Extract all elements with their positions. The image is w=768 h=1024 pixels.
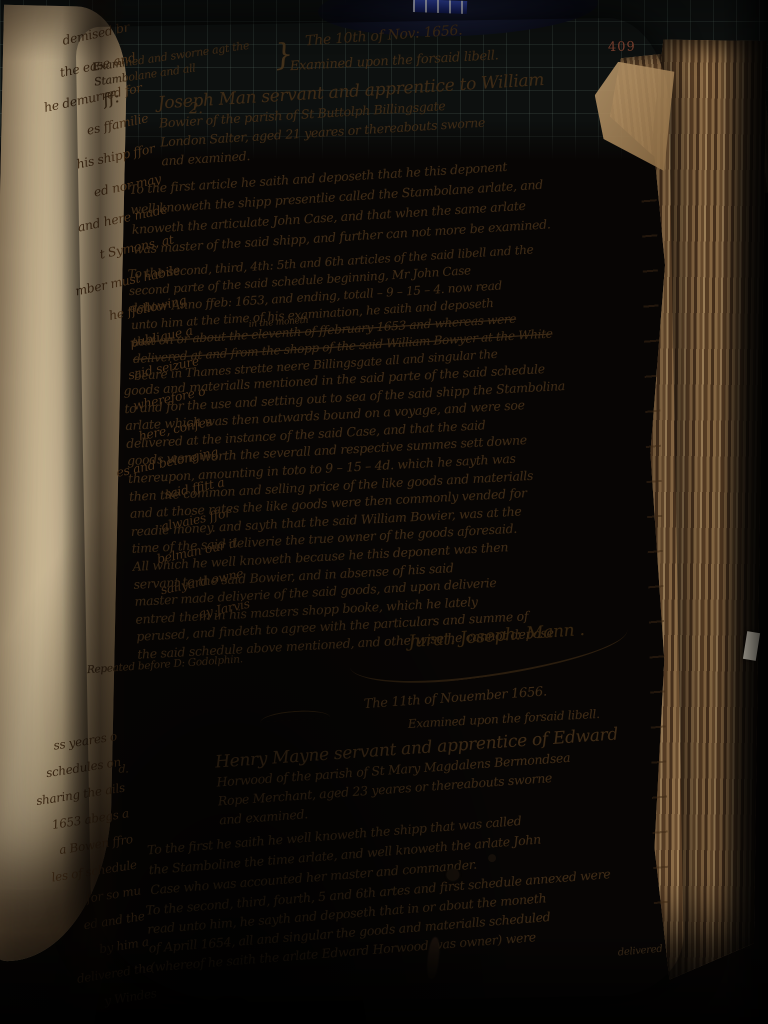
ink-blot — [488, 854, 496, 862]
record1-deposition-body: goods and materialls mentioned in the sa… — [123, 353, 685, 663]
manuscript-photo: demised brthe ease andhe demurred fores … — [0, 0, 768, 1024]
record2-margin-mark: d. — [118, 762, 128, 775]
folio-number: 409 — [608, 39, 636, 54]
margin-paraph-mark: ff: — [101, 87, 121, 109]
record1-date-heading: The 10th of Nov: 1656. — [253, 19, 513, 53]
blue-label-tag — [413, 0, 467, 14]
faint-ink-word: delivered — [617, 944, 662, 959]
main-recto-page: Examined and sworne agt theStambolane an… — [76, 17, 685, 1005]
